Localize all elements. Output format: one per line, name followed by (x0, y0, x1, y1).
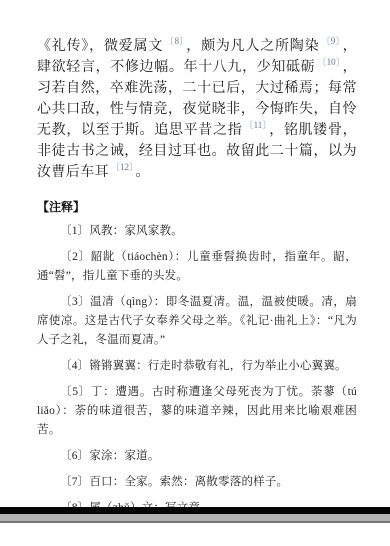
note-ref-9[interactable]: 〔9〕 (321, 36, 340, 46)
notes-heading: 【注释】 (37, 198, 357, 215)
note-item-6: 〔6〕家涂：家道。 (37, 447, 357, 466)
page-bottom-border (0, 507, 390, 514)
note-item-7: 〔7〕百口：全家。索然：离散零落的样子。 (37, 473, 357, 492)
note-item-5: 〔5〕丁：遭遇。古时称遭逢父母死丧为丁忧。荼蓼（tú liǎo）：荼的味道很苦，… (37, 383, 357, 440)
note-item-2: 〔2〕龆龀（tiáochèn）：儿童垂髫换齿时，指童年。龆，通“髫”，指儿童下垂… (37, 248, 357, 286)
note-item-4: 〔4〕锵锵翼翼：行走时恭敬有礼，行为举止小心翼翼。 (37, 357, 357, 376)
note-ref-8[interactable]: 〔8〕 (165, 36, 184, 46)
page-gap (0, 514, 390, 521)
next-page-top (0, 523, 390, 546)
page-separator (0, 507, 390, 546)
main-text-segment: 。 (136, 165, 150, 180)
note-ref-11[interactable]: 〔11〕 (244, 120, 267, 130)
main-text-segment: 《礼传》，微爱属文 (37, 39, 163, 54)
note-ref-10[interactable]: 〔10〕 (317, 57, 340, 67)
main-text-segment: ，颇为凡人之所陶染 (186, 39, 319, 54)
main-paragraph: 《礼传》，微爱属文〔8〕，颇为凡人之所陶染〔9〕，肆欲轻言，不修边幅。年十八九，… (37, 36, 357, 183)
note-item-3: 〔3〕温凊（qìng）：即冬温夏凊。温，温被使暖。凊，扇席使凉。这是古代子女奉养… (37, 293, 357, 350)
note-ref-12[interactable]: 〔12〕 (111, 162, 134, 172)
notes-section: 〔1〕风教：家风家教。 〔2〕龆龀（tiáochèn）：儿童垂髫换齿时，指童年。… (37, 222, 357, 518)
document-page: 《礼传》，微爱属文〔8〕，颇为凡人之所陶染〔9〕，肆欲轻言，不修边幅。年十八九，… (0, 0, 390, 546)
page-content: 《礼传》，微爱属文〔8〕，颇为凡人之所陶染〔9〕，肆欲轻言，不修边幅。年十八九，… (37, 36, 357, 525)
note-item-1: 〔1〕风教：家风家教。 (37, 222, 357, 241)
